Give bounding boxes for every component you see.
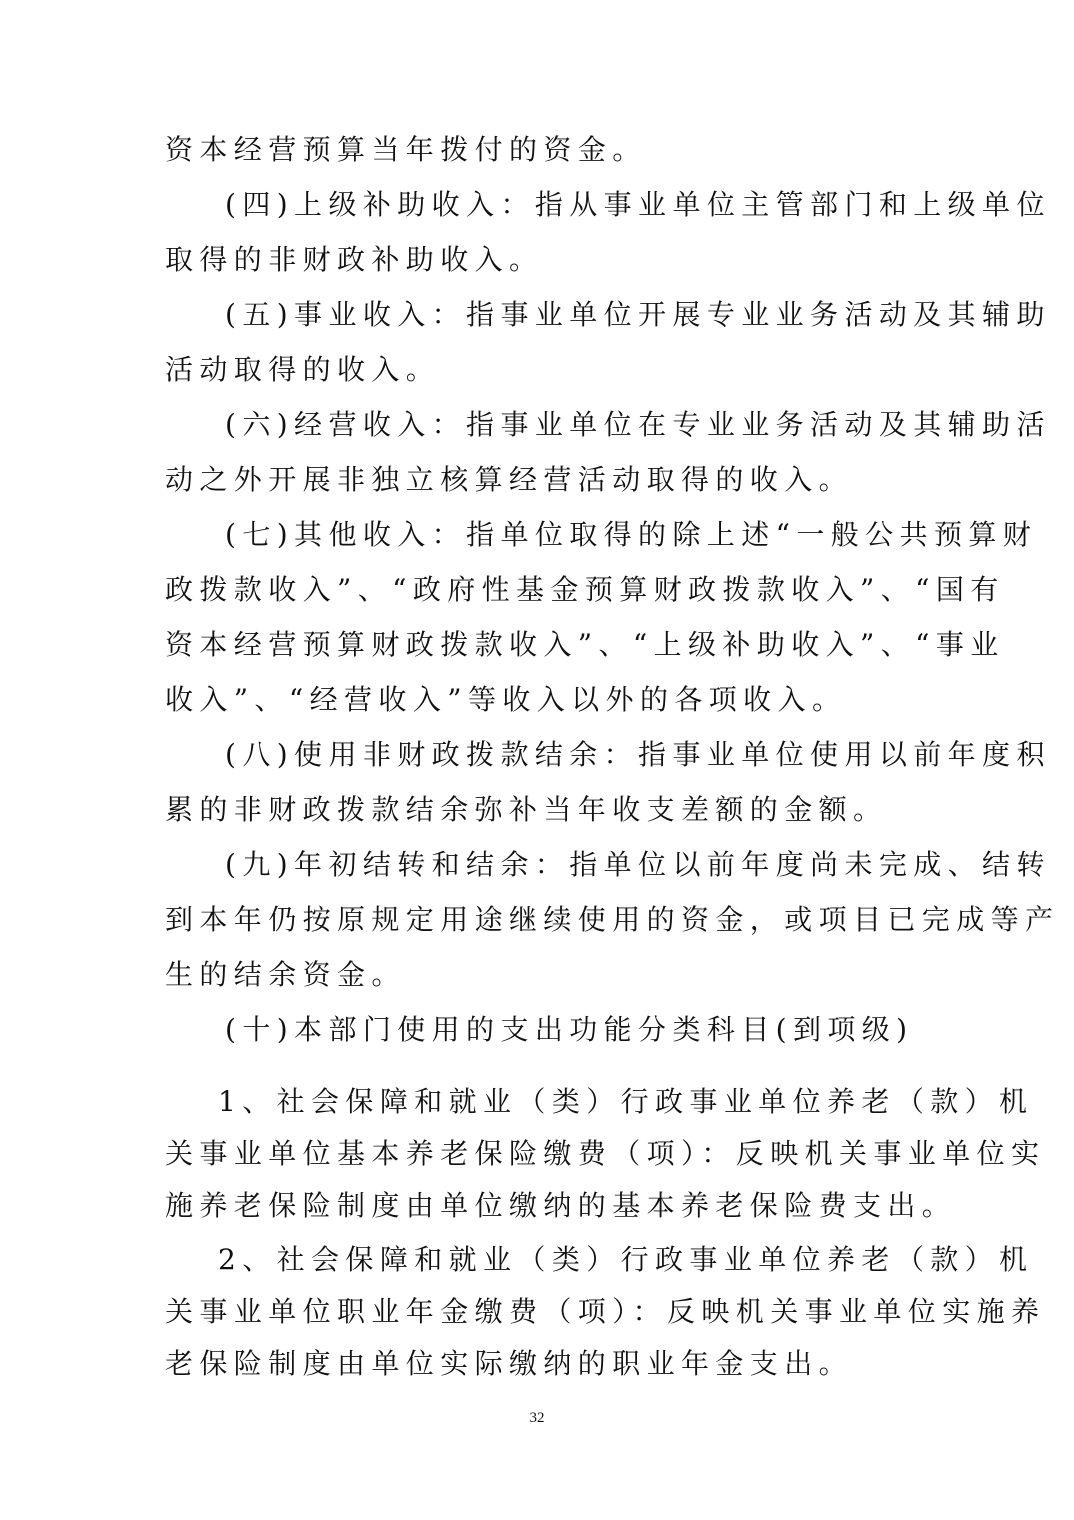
text-line: 资本经营预算财政拨款收入”、“上级补助收入”、“事业 <box>165 628 1005 662</box>
text-line: (四)上级补助收入：指从事业单位主管部门和上级单位 <box>225 188 1051 222</box>
text-line: 关事业单位基本养老保险缴费（项）：反映机关事业单位实 <box>165 1137 1045 1171</box>
text-line: 1、社会保障和就业（类）行政事业单位养老（款）机 <box>218 1085 1033 1119</box>
text-line: (五)事业收入：指事业单位开展专业业务活动及其辅助 <box>225 298 1051 332</box>
text-line: 政拨款收入”、“政府性基金预算财政拨款收入”、“国有 <box>165 573 1005 607</box>
text-line: 关事业单位职业年金缴费（项）：反映机关事业单位实施养 <box>165 1295 1045 1329</box>
text-line: 资本经营预算当年拨付的资金。 <box>165 133 647 167</box>
text-line: 累的非财政拨款结余弥补当年收支差额的金额。 <box>165 793 887 827</box>
text-line: 生的结余资金。 <box>165 958 406 992</box>
text-line: (九)年初结转和结余：指单位以前年度尚未完成、结转 <box>225 848 1051 882</box>
text-line: (六)经营收入：指事业单位在专业业务活动及其辅助活 <box>225 408 1051 442</box>
text-line: 动之外开展非独立核算经营活动取得的收入。 <box>165 463 853 497</box>
text-line: 活动取得的收入。 <box>165 353 440 387</box>
text-line: 取得的非财政补助收入。 <box>165 243 543 277</box>
text-line: 老保险制度由单位实际缴纳的职业年金支出。 <box>165 1347 853 1381</box>
section-heading: (十)本部门使用的支出功能分类科目(到项级) <box>225 1013 914 1047</box>
text-line: 2、社会保障和就业（类）行政事业单位养老（款）机 <box>218 1243 1033 1277</box>
text-line: 到本年仍按原规定用途继续使用的资金，或项目已完成等产 <box>165 903 1059 937</box>
page-number: 32 <box>0 1410 1074 1427</box>
text-line: (八)使用非财政拨款结余：指事业单位使用以前年度积 <box>225 738 1051 772</box>
text-line: (七)其他收入：指单位取得的除上述“一般公共预算财 <box>225 518 1037 552</box>
text-line: 施养老保险制度由单位缴纳的基本养老保险费支出。 <box>165 1189 956 1223</box>
text-line: 收入”、“经营收入”等收入以外的各项收入。 <box>165 683 846 717</box>
